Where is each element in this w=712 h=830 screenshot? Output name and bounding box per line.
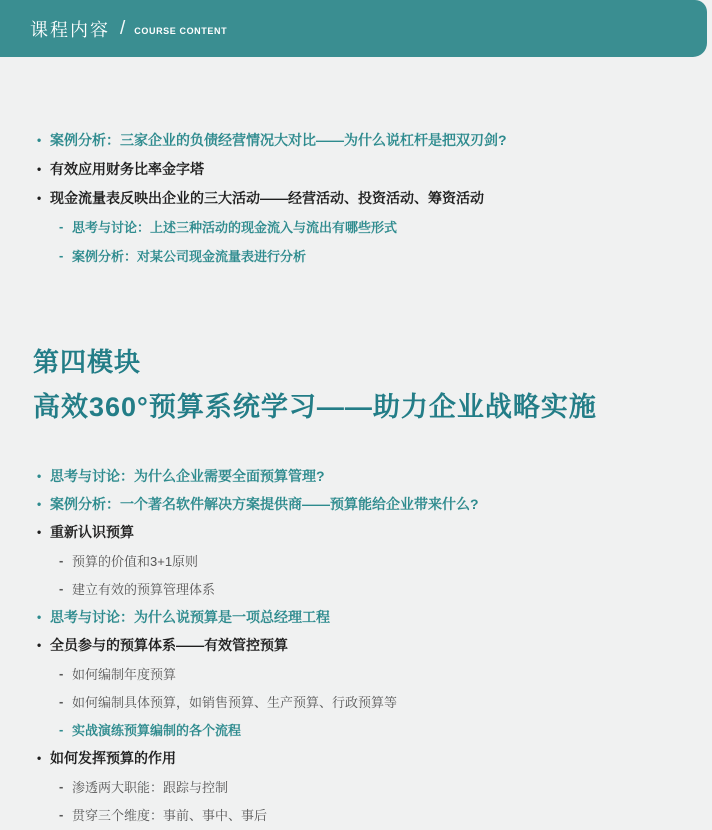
list-item-text: 案例分析：对某公司现金流量表进行分析 <box>72 246 306 265</box>
list-item-text: 思考与讨论：为什么企业需要全面预算管理? <box>50 466 325 486</box>
dash-icon: - <box>59 582 72 595</box>
header-title-zh: 课程内容 <box>30 16 110 42</box>
list-item-text: 建立有效的预算管理体系 <box>72 579 215 598</box>
dash-icon: - <box>59 667 72 680</box>
bullet-icon: • <box>37 498 50 510</box>
list-item: - 预算的价值和3+1原则 <box>0 547 712 575</box>
list-item-text: 全员参与的预算体系——有效管控预算 <box>50 635 288 655</box>
module-heading-line2: 高效360°预算系统学习——助力企业战略实施 <box>33 394 597 421</box>
list-item: - 案例分析：对某公司现金流量表进行分析 <box>0 241 712 270</box>
list-item: • 案例分析：三家企业的负债经营情况大对比——为什么说杠杆是把双刃剑? <box>0 125 712 154</box>
dash-icon: - <box>59 695 72 708</box>
list-item: - 渗透两大职能：跟踪与控制 <box>0 772 712 800</box>
bullet-icon: • <box>37 752 50 764</box>
list-item: • 现金流量表反映出企业的三大活动——经营活动、投资活动、筹资活动 <box>0 183 712 212</box>
list-item: • 案例分析：一个著名软件解决方案提供商——预算能给企业带来什么? <box>0 490 712 518</box>
list-item-text: 重新认识预算 <box>50 522 134 542</box>
list-item-text: 思考与讨论：上述三种活动的现金流入与流出有哪些形式 <box>72 217 397 236</box>
list-item: - 如何编制年度预算 <box>0 659 712 687</box>
list-item-text: 有效应用财务比率金字塔 <box>50 159 204 179</box>
list-item: • 全员参与的预算体系——有效管控预算 <box>0 631 712 659</box>
list-item: • 如何发挥预算的作用 <box>0 744 712 772</box>
header-separator: / <box>120 18 125 40</box>
module-heading: 第四模块 高效360°预算系统学习——助力企业战略实施 <box>33 349 597 421</box>
list-item: - 贯穿三个维度：事前、事中、事后 <box>0 800 712 828</box>
bullet-icon: • <box>37 639 50 651</box>
list-item: • 思考与讨论：为什么说预算是一项总经理工程 <box>0 603 712 631</box>
header-bar: 课程内容 / COURSE CONTENT <box>0 0 707 57</box>
list-item-text: 如何编制具体预算，如销售预算、生产预算、行政预算等 <box>72 692 397 711</box>
list-item-text: 贯穿三个维度：事前、事中、事后 <box>72 805 267 824</box>
bullet-icon: • <box>37 611 50 623</box>
list-item-text: 如何发挥预算的作用 <box>50 748 176 768</box>
dash-icon: - <box>59 249 72 262</box>
list-item-text: 渗透两大职能：跟踪与控制 <box>72 777 228 796</box>
dash-icon: - <box>59 780 72 793</box>
list-item-text: 实战演练预算编制的各个流程 <box>72 720 241 739</box>
list-item-text: 案例分析：三家企业的负债经营情况大对比——为什么说杠杆是把双刃剑? <box>50 130 507 150</box>
list-item: • 有效应用财务比率金字塔 <box>0 154 712 183</box>
bullet-icon: • <box>37 192 50 204</box>
bullet-icon: • <box>37 163 50 175</box>
module-heading-line1: 第四模块 <box>33 349 597 375</box>
list-item-text: 现金流量表反映出企业的三大活动——经营活动、投资活动、筹资活动 <box>50 188 484 208</box>
list-item-text: 思考与讨论：为什么说预算是一项总经理工程 <box>50 607 330 627</box>
course-topic-list-2: • 思考与讨论：为什么企业需要全面预算管理? • 案例分析：一个著名软件解决方案… <box>0 462 712 828</box>
list-item: - 如何编制具体预算，如销售预算、生产预算、行政预算等 <box>0 688 712 716</box>
list-item: • 重新认识预算 <box>0 518 712 546</box>
dash-icon: - <box>59 723 72 736</box>
list-item: - 实战演练预算编制的各个流程 <box>0 716 712 744</box>
list-item-text: 案例分析：一个著名软件解决方案提供商——预算能给企业带来什么? <box>50 494 479 514</box>
list-item-text: 如何编制年度预算 <box>72 664 176 683</box>
list-item-text: 预算的价值和3+1原则 <box>72 551 198 570</box>
bullet-icon: • <box>37 526 50 538</box>
dash-icon: - <box>59 220 72 233</box>
dash-icon: - <box>59 554 72 567</box>
bullet-icon: • <box>37 134 50 146</box>
list-item: • 思考与讨论：为什么企业需要全面预算管理? <box>0 462 712 490</box>
dash-icon: - <box>59 808 72 821</box>
course-topic-list-1: • 案例分析：三家企业的负债经营情况大对比——为什么说杠杆是把双刃剑? • 有效… <box>0 125 712 270</box>
bullet-icon: • <box>37 470 50 482</box>
list-item: - 思考与讨论：上述三种活动的现金流入与流出有哪些形式 <box>0 212 712 241</box>
list-item: - 建立有效的预算管理体系 <box>0 575 712 603</box>
header-title-en: COURSE CONTENT <box>134 26 227 36</box>
